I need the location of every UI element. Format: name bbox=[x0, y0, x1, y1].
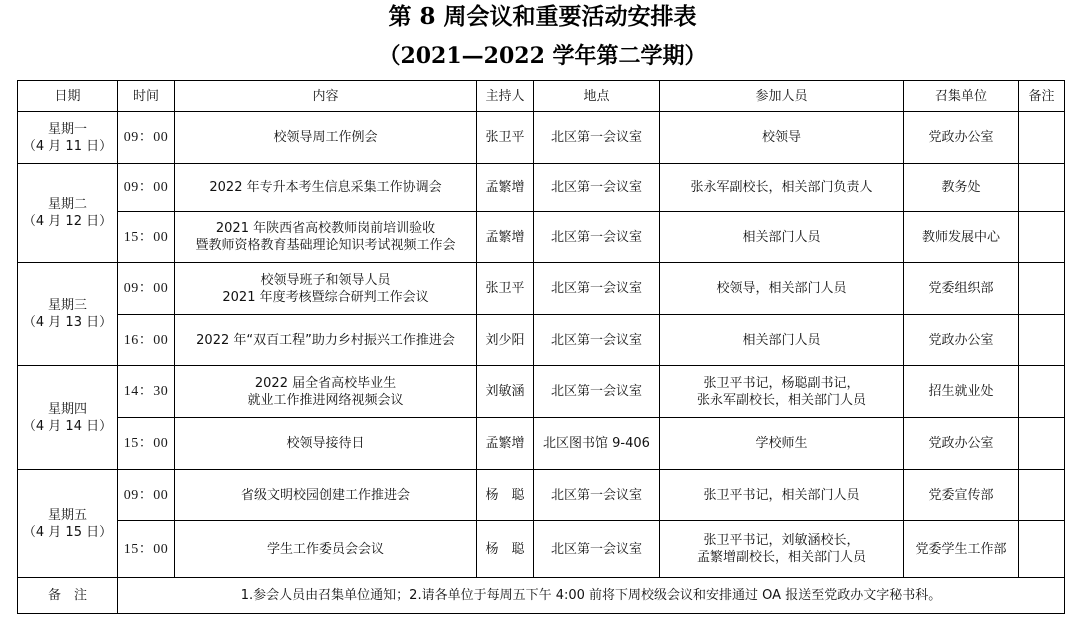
note-cell bbox=[1019, 418, 1065, 470]
content-line: 学生工作委员会会议 bbox=[177, 541, 474, 558]
content-line: 2022 年“双百工程”助力乡村振兴工作推进会 bbox=[177, 332, 474, 349]
attendees-cell: 张永军副校长，相关部门负责人 bbox=[660, 164, 904, 212]
attendees-cell: 相关部门人员 bbox=[660, 212, 904, 263]
organizer-cell: 招生就业处 bbox=[904, 366, 1019, 418]
time-cell: 15：00 bbox=[118, 521, 175, 578]
content-cell: 2022 届全省高校毕业生 就业工作推进网络视频会议 bbox=[175, 366, 477, 418]
note-cell bbox=[1019, 470, 1065, 521]
header-organizer: 召集单位 bbox=[904, 81, 1019, 112]
content-line: 2021 年陕西省高校教师岗前培训验收 bbox=[177, 220, 474, 237]
day-name: 星期二 bbox=[20, 196, 115, 213]
time-cell: 15：00 bbox=[118, 212, 175, 263]
content-cell: 2022 年“双百工程”助力乡村振兴工作推进会 bbox=[175, 315, 477, 366]
host-cell: 张卫平 bbox=[477, 112, 534, 164]
time-cell: 09：00 bbox=[118, 470, 175, 521]
attendees-cell: 张卫平书记，杨聪副书记， 张永军副校长，相关部门人员 bbox=[660, 366, 904, 418]
location-cell: 北区第一会议室 bbox=[534, 112, 660, 164]
footer-note-text: 1.参会人员由召集单位通知；2.请各单位于每周五下午 4:00 前将下周校级会议… bbox=[118, 578, 1065, 614]
attendees-line: 相关部门人员 bbox=[662, 229, 901, 246]
schedule-table: 日期 时间 内容 主持人 地点 参加人员 召集单位 备注 星期一 （4 月 11… bbox=[17, 80, 1065, 614]
attendees-line: 张卫平书记，杨聪副书记， bbox=[662, 375, 901, 392]
table-row: 15：00 学生工作委员会会议 杨 聪 北区第一会议室 张卫平书记，刘敏涵校长，… bbox=[18, 521, 1065, 578]
page-subtitle: （2021—2022 学年第二学期） bbox=[0, 40, 1085, 72]
attendees-line: 相关部门人员 bbox=[662, 332, 901, 349]
organizer-cell: 党委宣传部 bbox=[904, 470, 1019, 521]
day-name: 星期五 bbox=[20, 507, 115, 524]
note-cell bbox=[1019, 366, 1065, 418]
table-row: 星期三 （4 月 13 日） 09：00 校领导班子和领导人员 2021 年度考… bbox=[18, 263, 1065, 315]
day-cell: 星期四 （4 月 14 日） bbox=[18, 366, 118, 470]
day-name: 星期三 bbox=[20, 297, 115, 314]
content-cell: 2022 年专升本考生信息采集工作协调会 bbox=[175, 164, 477, 212]
host-cell: 孟繁增 bbox=[477, 418, 534, 470]
table-row: 15：00 2021 年陕西省高校教师岗前培训验收 暨教师资格教育基础理论知识考… bbox=[18, 212, 1065, 263]
organizer-cell: 党政办公室 bbox=[904, 315, 1019, 366]
organizer-cell: 教师发展中心 bbox=[904, 212, 1019, 263]
attendees-line: 张永军副校长，相关部门人员 bbox=[662, 392, 901, 409]
location-cell: 北区图书馆 9-406 bbox=[534, 418, 660, 470]
host-cell: 孟繁增 bbox=[477, 164, 534, 212]
host-cell: 刘少阳 bbox=[477, 315, 534, 366]
location-cell: 北区第一会议室 bbox=[534, 521, 660, 578]
host-cell: 孟繁增 bbox=[477, 212, 534, 263]
content-line: 暨教师资格教育基础理论知识考试视频工作会 bbox=[177, 237, 474, 254]
footer-note-label: 备 注 bbox=[18, 578, 118, 614]
location-cell: 北区第一会议室 bbox=[534, 263, 660, 315]
day-cell: 星期五 （4 月 15 日） bbox=[18, 470, 118, 578]
table-row: 16：00 2022 年“双百工程”助力乡村振兴工作推进会 刘少阳 北区第一会议… bbox=[18, 315, 1065, 366]
content-line: 2022 届全省高校毕业生 bbox=[177, 375, 474, 392]
content-line: 2021 年度考核暨综合研判工作会议 bbox=[177, 289, 474, 306]
day-cell: 星期二 （4 月 12 日） bbox=[18, 164, 118, 263]
note-cell bbox=[1019, 315, 1065, 366]
location-cell: 北区第一会议室 bbox=[534, 315, 660, 366]
attendees-line: 学校师生 bbox=[662, 435, 901, 452]
header-content: 内容 bbox=[175, 81, 477, 112]
note-cell bbox=[1019, 263, 1065, 315]
day-date: （4 月 12 日） bbox=[20, 213, 115, 230]
header-location: 地点 bbox=[534, 81, 660, 112]
time-cell: 16：00 bbox=[118, 315, 175, 366]
content-line: 校领导班子和领导人员 bbox=[177, 272, 474, 289]
time-cell: 09：00 bbox=[118, 112, 175, 164]
attendees-cell: 校领导 bbox=[660, 112, 904, 164]
location-cell: 北区第一会议室 bbox=[534, 366, 660, 418]
attendees-cell: 张卫平书记，相关部门人员 bbox=[660, 470, 904, 521]
day-name: 星期四 bbox=[20, 401, 115, 418]
note-cell bbox=[1019, 112, 1065, 164]
organizer-cell: 党委学生工作部 bbox=[904, 521, 1019, 578]
attendees-cell: 张卫平书记，刘敏涵校长， 孟繁增副校长，相关部门人员 bbox=[660, 521, 904, 578]
attendees-cell: 相关部门人员 bbox=[660, 315, 904, 366]
location-cell: 北区第一会议室 bbox=[534, 212, 660, 263]
header-attendees: 参加人员 bbox=[660, 81, 904, 112]
content-line: 校领导接待日 bbox=[177, 435, 474, 452]
host-cell: 杨 聪 bbox=[477, 470, 534, 521]
note-cell bbox=[1019, 164, 1065, 212]
host-cell: 张卫平 bbox=[477, 263, 534, 315]
host-cell: 杨 聪 bbox=[477, 521, 534, 578]
table-row: 星期二 （4 月 12 日） 09：00 2022 年专升本考生信息采集工作协调… bbox=[18, 164, 1065, 212]
note-cell bbox=[1019, 212, 1065, 263]
content-line: 省级文明校园创建工作推进会 bbox=[177, 487, 474, 504]
day-cell: 星期三 （4 月 13 日） bbox=[18, 263, 118, 366]
page-title: 第 8 周会议和重要活动安排表 bbox=[0, 1, 1085, 33]
note-cell bbox=[1019, 521, 1065, 578]
content-line: 2022 年专升本考生信息采集工作协调会 bbox=[177, 179, 474, 196]
attendees-line: 张卫平书记，相关部门人员 bbox=[662, 487, 901, 504]
content-cell: 校领导班子和领导人员 2021 年度考核暨综合研判工作会议 bbox=[175, 263, 477, 315]
time-cell: 14：30 bbox=[118, 366, 175, 418]
content-cell: 学生工作委员会会议 bbox=[175, 521, 477, 578]
time-cell: 09：00 bbox=[118, 263, 175, 315]
header-note: 备注 bbox=[1019, 81, 1065, 112]
day-date: （4 月 13 日） bbox=[20, 314, 115, 331]
day-date: （4 月 14 日） bbox=[20, 418, 115, 435]
host-cell: 刘敏涵 bbox=[477, 366, 534, 418]
attendees-cell: 学校师生 bbox=[660, 418, 904, 470]
table-row: 15：00 校领导接待日 孟繁增 北区图书馆 9-406 学校师生 党政办公室 bbox=[18, 418, 1065, 470]
day-name: 星期一 bbox=[20, 121, 115, 138]
organizer-cell: 教务处 bbox=[904, 164, 1019, 212]
time-cell: 09：00 bbox=[118, 164, 175, 212]
attendees-line: 张永军副校长，相关部门负责人 bbox=[662, 179, 901, 196]
header-date: 日期 bbox=[18, 81, 118, 112]
table-row: 星期五 （4 月 15 日） 09：00 省级文明校园创建工作推进会 杨 聪 北… bbox=[18, 470, 1065, 521]
header-time: 时间 bbox=[118, 81, 175, 112]
day-date: （4 月 11 日） bbox=[20, 138, 115, 155]
content-line: 就业工作推进网络视频会议 bbox=[177, 392, 474, 409]
content-cell: 省级文明校园创建工作推进会 bbox=[175, 470, 477, 521]
attendees-line: 校领导，相关部门人员 bbox=[662, 280, 901, 297]
location-cell: 北区第一会议室 bbox=[534, 470, 660, 521]
content-cell: 校领导周工作例会 bbox=[175, 112, 477, 164]
organizer-cell: 党政办公室 bbox=[904, 418, 1019, 470]
day-date: （4 月 15 日） bbox=[20, 524, 115, 541]
footer-note-row: 备 注 1.参会人员由召集单位通知；2.请各单位于每周五下午 4:00 前将下周… bbox=[18, 578, 1065, 614]
location-cell: 北区第一会议室 bbox=[534, 164, 660, 212]
attendees-line: 孟繁增副校长，相关部门人员 bbox=[662, 549, 901, 566]
organizer-cell: 党委组织部 bbox=[904, 263, 1019, 315]
organizer-cell: 党政办公室 bbox=[904, 112, 1019, 164]
content-cell: 2021 年陕西省高校教师岗前培训验收 暨教师资格教育基础理论知识考试视频工作会 bbox=[175, 212, 477, 263]
content-cell: 校领导接待日 bbox=[175, 418, 477, 470]
content-line: 校领导周工作例会 bbox=[177, 129, 474, 146]
header-row: 日期 时间 内容 主持人 地点 参加人员 召集单位 备注 bbox=[18, 81, 1065, 112]
table-row: 星期一 （4 月 11 日） 09：00 校领导周工作例会 张卫平 北区第一会议… bbox=[18, 112, 1065, 164]
day-cell: 星期一 （4 月 11 日） bbox=[18, 112, 118, 164]
table-row: 星期四 （4 月 14 日） 14：30 2022 届全省高校毕业生 就业工作推… bbox=[18, 366, 1065, 418]
time-cell: 15：00 bbox=[118, 418, 175, 470]
attendees-cell: 校领导，相关部门人员 bbox=[660, 263, 904, 315]
attendees-line: 张卫平书记，刘敏涵校长， bbox=[662, 532, 901, 549]
attendees-line: 校领导 bbox=[662, 129, 901, 146]
header-host: 主持人 bbox=[477, 81, 534, 112]
